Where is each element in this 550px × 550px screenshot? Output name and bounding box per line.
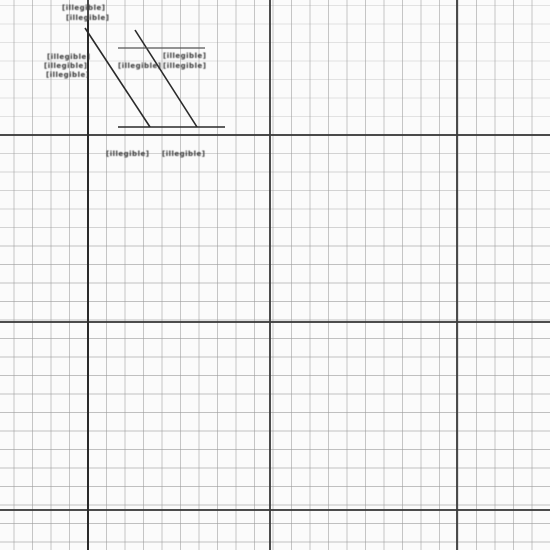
label-bottom-left: [illegible] <box>106 150 149 158</box>
label-left-1: [illegible] <box>47 53 90 61</box>
label-bottom-right: [illegible] <box>162 150 205 158</box>
diagonal-line-right <box>135 30 197 127</box>
label-left-3: [illegible] <box>46 71 89 79</box>
label-middle: [illegible] <box>118 62 161 70</box>
label-top-2: [illegible] <box>66 14 109 22</box>
label-right-1: [illegible] <box>163 52 206 60</box>
hand-drawn-diagram <box>0 0 550 550</box>
label-right-2: [illegible] <box>163 62 206 70</box>
diagonal-line-left <box>85 28 150 127</box>
graph-paper-sheet: [illegible] [illegible] [illegible] [ill… <box>0 0 550 550</box>
label-left-2: [illegible] <box>44 62 87 70</box>
label-top-1: [illegible] <box>62 4 105 12</box>
